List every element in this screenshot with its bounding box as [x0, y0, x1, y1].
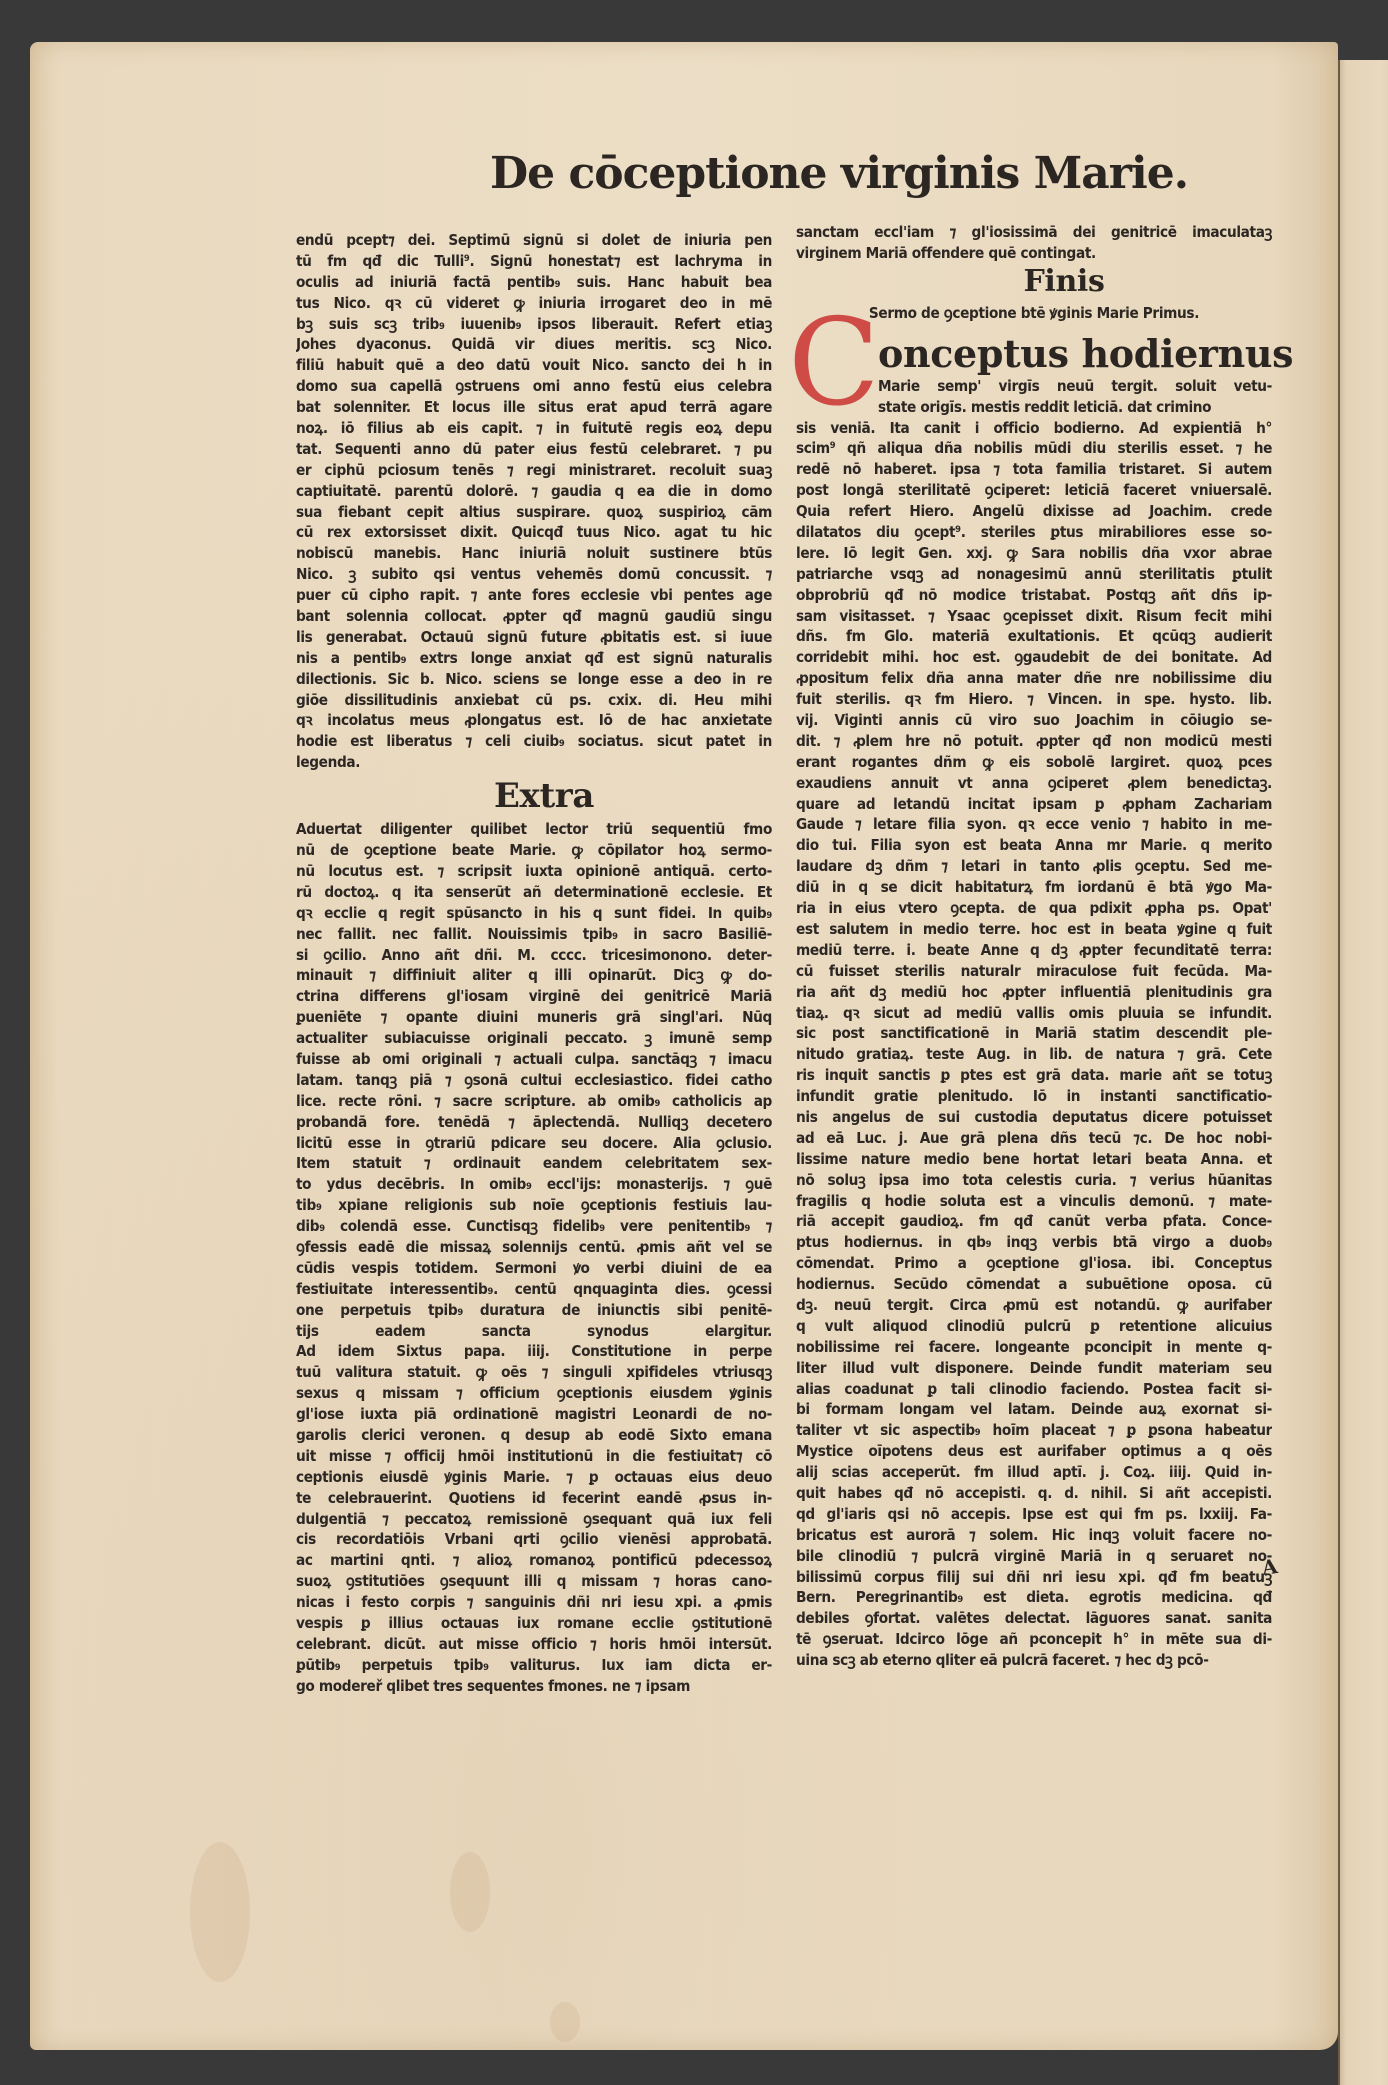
text-line: ria añt dꝫ mediū hoc ꝓpter influentiā pl…	[796, 982, 1272, 1003]
text-line: tijs eadem sancta synodus elargitur.	[296, 1321, 772, 1342]
right-column-text-part2: sis veniā. Ita canit i officio bodierno.…	[796, 418, 1272, 1671]
text-line: q vult aliquod clinodiū pulcrū ꝑ retenti…	[796, 1316, 1272, 1337]
text-line: nō soluꝫ ipsa imo tota celestis curia. ⁊…	[796, 1170, 1272, 1191]
text-line: Bern. Peregrinantib₉ est dieta. egrotis …	[796, 1587, 1272, 1608]
text-line: go modereř qlibet tres sequentes fmones.…	[296, 1676, 772, 1697]
text-line: cū fuisset sterilis naturalr miraculose …	[796, 961, 1272, 982]
text-line: giōe dissilitudinis anxiebat cū ps. cxix…	[296, 690, 772, 711]
text-line: infundit gratie plenitudo. Iō in instant…	[796, 1086, 1272, 1107]
text-line: vespis ꝑ illius octauas iux romane eccli…	[296, 1613, 772, 1634]
text-line: ceptionis eiusdē ꝟginis Marie. ⁊ ꝑ octau…	[296, 1467, 772, 1488]
text-line: dꝫ. neuū tergit. Circa ꝓmū est notandū. …	[796, 1295, 1272, 1316]
incipit-block: C onceptus hodiernus Marie semp' virgīs …	[796, 328, 1272, 418]
heading-extra: Extra	[296, 773, 772, 819]
text-line: redē nō haberet. ipsa ⁊ tota familia tri…	[796, 459, 1272, 480]
text-line: to ydus decēbris. In omib₉ eccl'ijs: mon…	[296, 1174, 772, 1195]
text-line: si ꝯcilio. Anno añt dñi. M. cccc. trices…	[296, 945, 772, 966]
text-line: tuū valitura statuit. ꝙ oēs ⁊ singuli xp…	[296, 1362, 772, 1383]
text-line: est salutem in medio terre. hoc est in b…	[796, 919, 1272, 940]
text-line: rū doctoꝝ. q ita senserūt añ determinati…	[296, 882, 772, 903]
text-line: celebrant. dicūt. aut misse officio ⁊ ho…	[296, 1634, 772, 1655]
text-line: domo sua capellā ꝯstruens omi anno festū…	[296, 376, 772, 397]
text-line: probandā fore. tenēdā ⁊ āplectendā. Null…	[296, 1112, 772, 1133]
text-line: ꝯfessis eadē die missaꝝ solennijs centū.…	[296, 1237, 772, 1258]
text-line: oculis ad iniuriā factā pentib₉ suis. Ha…	[296, 272, 772, 293]
text-line: tiaꝝ. qꝛ sicut ad mediū vallis omis pluu…	[796, 1003, 1272, 1024]
text-line: state origīs. mestis reddit leticiā. dat…	[878, 397, 1272, 418]
text-line: nicas i festo corpis ⁊ sanguinis dñi nri…	[296, 1592, 772, 1613]
text-line: lice. recte rōni. ⁊ sacre scripture. ab …	[296, 1091, 772, 1112]
text-line: bant solennia collocat. ꝓpter qđ magnū g…	[296, 606, 772, 627]
text-line: one perpetuis tpib₉ duratura de iniuncti…	[296, 1300, 772, 1321]
text-line: uit misse ⁊ officij hmōi institutionū in…	[296, 1446, 772, 1467]
text-line: tib₉ xpiane religionis sub noīe ꝯception…	[296, 1195, 772, 1216]
text-line: bi formam longam vel latam. Deinde auꝝ e…	[796, 1399, 1272, 1420]
text-line: nobiscū manebis. Hanc iniuriā noluit sus…	[296, 543, 772, 564]
text-line: Marie semp' virgīs neuū tergit. soluit v…	[878, 376, 1272, 397]
left-column: endū pcept⁊ dei. Septimū signū si dolet …	[296, 230, 772, 1697]
text-line: ꝓpositum felix dña anna mater dñe nre no…	[796, 668, 1272, 689]
text-line: Quia refert Hiero. Angelū dixisse ad Joa…	[796, 501, 1272, 522]
text-line: nitudo gratiaꝝ. teste Aug. in lib. de na…	[796, 1044, 1272, 1065]
text-line: dulgentiā ⁊ peccatoꝝ remissionē ꝯsequant…	[296, 1509, 772, 1530]
text-line: erant rogantes dñm ꝙ eis sobolē largiret…	[796, 752, 1272, 773]
text-line: hodiernus. Secūdo cōmendat a subuētione …	[796, 1274, 1272, 1295]
text-line: suoꝝ ꝯstitutiōes ꝯsequunt illi q missam …	[296, 1571, 772, 1592]
text-line: fragilis q hodie soluta est a vinculis d…	[796, 1191, 1272, 1212]
water-stain	[450, 1852, 490, 1932]
text-line: ria in eius vtero ꝯcepta. de qua pdixit …	[796, 898, 1272, 919]
text-line: cū rex extorsisset dixit. Quicqđ tuus Ni…	[296, 522, 772, 543]
text-line: quare ad letandū incitat ipsam ꝑ ꝓpham Z…	[796, 794, 1272, 815]
text-line: sexus q missam ⁊ officium ꝯceptionis eiu…	[296, 1383, 772, 1404]
text-line: mediū terre. i. beate Anne q dꝫ ꝓpter fe…	[796, 940, 1272, 961]
text-line: Nico. ꝫ subito qsi ventus vehemēs domū c…	[296, 564, 772, 585]
text-line: Aduertat diligenter quilibet lector triū…	[296, 819, 772, 840]
text-line: virginem Mariā offendere quē contingat.	[796, 243, 1272, 264]
text-line: dilectionis. Sic b. Nico. sciens se long…	[296, 669, 772, 690]
text-line: nū de ꝯceptione beate Marie. ꝙ cōpilator…	[296, 840, 772, 861]
text-line: dib₉ colendā esse. Cunctisqꝫ fidelib₉ ve…	[296, 1216, 772, 1237]
text-line: taliter vt sic aspectib₉ hoīm placeat ⁊ …	[796, 1420, 1272, 1441]
text-line: Ad idem Sixtus papa. iiij. Constitutione…	[296, 1341, 772, 1362]
text-line: post longā sterilitatē ꝯciperet: leticiā…	[796, 480, 1272, 501]
text-line: ctrina differens gl'iosam virginē dei ge…	[296, 986, 772, 1007]
text-line: tū fm qđ dic Tulli⁹. Signū honestat⁊ est…	[296, 251, 772, 272]
text-line: nis a pentib₉ extrs longe anxiat qđ est …	[296, 648, 772, 669]
text-line: liter illud vult disponere. Deinde fundi…	[796, 1358, 1272, 1379]
text-line: filiū habuit quē a deo datū vouit Nico. …	[296, 355, 772, 376]
text-line: nobilissime rei facere. longeante pconci…	[796, 1337, 1272, 1358]
text-line: er ciphū pciosum tenēs ⁊ regi ministrare…	[296, 460, 772, 481]
running-head: De cōceptione virginis Marie.	[490, 148, 1130, 199]
text-line: diū in q se dicit habitaturꝝ fm iordanū …	[796, 877, 1272, 898]
text-line: legenda.	[296, 752, 772, 773]
text-line: bilissimū corpus filij sui dñi nri iesu …	[796, 1567, 1272, 1588]
text-line: quit habes qđ nō accepisti. q. d. nihil.…	[796, 1483, 1272, 1504]
text-line: riā accepit gaudioꝝ. fm qđ canūt verba p…	[796, 1211, 1272, 1232]
text-line: Item statuit ⁊ ordinauit eandem celebrit…	[296, 1153, 772, 1174]
text-line: bile clinodiū ⁊ pulcrā virginē Mariā in …	[796, 1546, 1272, 1567]
text-line: dit. ⁊ ꝓlem hre nō potuit. ꝓpter qđ non …	[796, 731, 1272, 752]
text-line: dñs. fm Glo. materiā exultationis. Et qc…	[796, 626, 1272, 647]
text-line: endū pcept⁊ dei. Septimū signū si dolet …	[296, 230, 772, 251]
text-line: alias coadunat ꝑ tali clinodio faciendo.…	[796, 1379, 1272, 1400]
text-line: nec fallit. nec fallit. Nouissimis tpib₉…	[296, 924, 772, 945]
text-line: cūdis vespis totidem. Sermoni ꝟo verbi d…	[296, 1258, 772, 1279]
text-line: qꝛ ecclie q regit spūsancto in his q sun…	[296, 903, 772, 924]
text-line: Gaude ⁊ letare filia syon. qꝛ ecce venio…	[796, 814, 1272, 835]
text-line: fuit sterilis. qꝛ fm Hiero. ⁊ Vincen. in…	[796, 689, 1272, 710]
text-line: qꝛ incolatus meus ꝓlongatus est. Iō de h…	[296, 710, 772, 731]
text-line: ad eā Luc. j. Aue grā plena dñs tecū ⁊c.…	[796, 1128, 1272, 1149]
text-line: Mystice oīpotens deus est aurifaber opti…	[796, 1441, 1272, 1462]
text-line: sic post sanctificationē in Mariā statim…	[796, 1023, 1272, 1044]
text-line: garolis clerici veronen. q desup ab eodē…	[296, 1425, 772, 1446]
text-line: tat. Sequenti anno dū pater eius festū c…	[296, 439, 772, 460]
text-line: ptus hodiernus. in qb₉ inqꝫ verbis btā v…	[796, 1232, 1272, 1253]
text-line: exaudiens annuit vt anna ꝯciperet ꝓlem b…	[796, 773, 1272, 794]
text-line: vij. Viginti annis cū viro suo Joachim i…	[796, 710, 1272, 731]
right-column: sanctam eccl'iam ⁊ gl'iosissimā dei geni…	[796, 222, 1272, 1671]
water-stain	[550, 2002, 580, 2042]
facing-page-edge	[1338, 60, 1388, 2085]
text-line: dio tui. Filia syon est beata Anna mr Ma…	[796, 835, 1272, 856]
text-line: tē ꝯseruat. Idcirco lōge añ pconcepit h°…	[796, 1629, 1272, 1650]
text-line: te celebrauerint. Quotiens id fecerint e…	[296, 1488, 772, 1509]
text-line: fuisse ab omi originali ⁊ actuali culpa.…	[296, 1049, 772, 1070]
text-line: sam visitasset. ⁊ Ysaac ꝯcepisset dixit.…	[796, 606, 1272, 627]
margin-note: A	[1260, 1554, 1279, 1580]
text-line: dilatatos diu ꝯcept⁹. steriles ꝑtus mira…	[796, 522, 1272, 543]
text-line: alij scias acceperūt. fm illud aptī. j. …	[796, 1462, 1272, 1483]
text-line: lis generabat. Octauū signū future ꝓbita…	[296, 627, 772, 648]
text-line: lere. Iō legit Gen. xxj. ꝙ Sara nobilis …	[796, 543, 1272, 564]
heading-finis: Finis	[796, 264, 1272, 298]
text-line: noꝝ. iō filius ab eis capit. ⁊ in fuitut…	[296, 418, 772, 439]
text-line: Johes dyaconus. Quidā vir diues meritis.…	[296, 334, 772, 355]
text-line: debiles ꝯfortat. valētes delectat. lāguo…	[796, 1608, 1272, 1629]
text-line: lissime nature medio bene hortat letari …	[796, 1149, 1272, 1170]
text-line: bat solenniter. Et locus ille situs erat…	[296, 397, 772, 418]
red-initial-c: C	[788, 314, 879, 414]
text-line: cis recordatiōis Vrbani qrti ꝯcilio vien…	[296, 1529, 772, 1550]
text-line: corridebit mihi. hoc est. ꝯgaudebit de d…	[796, 647, 1272, 668]
text-line: gl'iose iuxta piā ordinationē magistri L…	[296, 1404, 772, 1425]
text-line: minauit ⁊ diffiniuit aliter q illi opina…	[296, 965, 772, 986]
text-line: ac martini qnti. ⁊ alioꝝ romanoꝝ pontifi…	[296, 1550, 772, 1571]
text-line: licitū esse in ꝯtrariū pdicare seu docer…	[296, 1133, 772, 1154]
incipit-title: onceptus hodiernus	[878, 328, 1272, 376]
text-line: hodie est liberatus ⁊ celi ciuib₉ sociat…	[296, 731, 772, 752]
left-column-text-part1: endū pcept⁊ dei. Septimū signū si dolet …	[296, 230, 772, 773]
text-line: laudare dꝫ dñm ⁊ letari in tanto ꝓlis ꝯc…	[796, 856, 1272, 877]
text-line: bꝫ suis scꝫ trib₉ iuuenib₉ ipsos liberau…	[296, 314, 772, 335]
text-line: uina scꝫ ab eterno qliter eā pulcrā face…	[796, 1650, 1272, 1671]
text-line: festiuitate interessentib₉. centū qnquag…	[296, 1279, 772, 1300]
text-line: cōmendat. Primo a ꝯceptione gl'iosa. ibi…	[796, 1253, 1272, 1274]
text-line: nū locutus est. ⁊ scripsit iuxta opinion…	[296, 861, 772, 882]
text-line: puer cū cipho rapit. ⁊ ante fores eccles…	[296, 585, 772, 606]
text-line: tus Nico. qꝛ cū videret ꝙ iniuria irroga…	[296, 293, 772, 314]
text-line: bricatus est aurorā ⁊ solem. Hic inqꝫ vo…	[796, 1525, 1272, 1546]
text-line: sanctam eccl'iam ⁊ gl'iosissimā dei geni…	[796, 222, 1272, 243]
text-line: ris inquit sanctis ꝑ ptes est grā data. …	[796, 1065, 1272, 1086]
text-line: qd gl'iaris qsi nō accepis. Ipse est qui…	[796, 1504, 1272, 1525]
text-line: actualiter subiacuisse originali peccato…	[296, 1028, 772, 1049]
text-line: sua fiebant cepit altius suspirare. quoꝝ…	[296, 502, 772, 523]
text-line: ꝑueniēte ⁊ opante diuini muneris grā sin…	[296, 1007, 772, 1028]
left-column-text-part2: Aduertat diligenter quilibet lector triū…	[296, 819, 772, 1696]
text-line: ꝑūtib₉ perpetuis tpib₉ valiturus. Iux ia…	[296, 1655, 772, 1676]
text-line: latam. tanqꝫ piā ⁊ ꝯsonā cultui ecclesia…	[296, 1070, 772, 1091]
text-line: scim⁹ qñ aliqua dña nobilis mūdi diu ste…	[796, 438, 1272, 459]
text-line: captiuitatē. parentū dolorē. ⁊ gaudia q …	[296, 481, 772, 502]
text-line: patriarche vsqꝫ ad nonagesimū annū steri…	[796, 564, 1272, 585]
water-stain	[190, 1842, 250, 1982]
right-column-text-part1: sanctam eccl'iam ⁊ gl'iosissimā dei geni…	[796, 222, 1272, 264]
text-line: nis angelus de sui custodia deputatus di…	[796, 1107, 1272, 1128]
text-line: obprobriū qđ nō modice tristabat. Postqꝫ…	[796, 585, 1272, 606]
